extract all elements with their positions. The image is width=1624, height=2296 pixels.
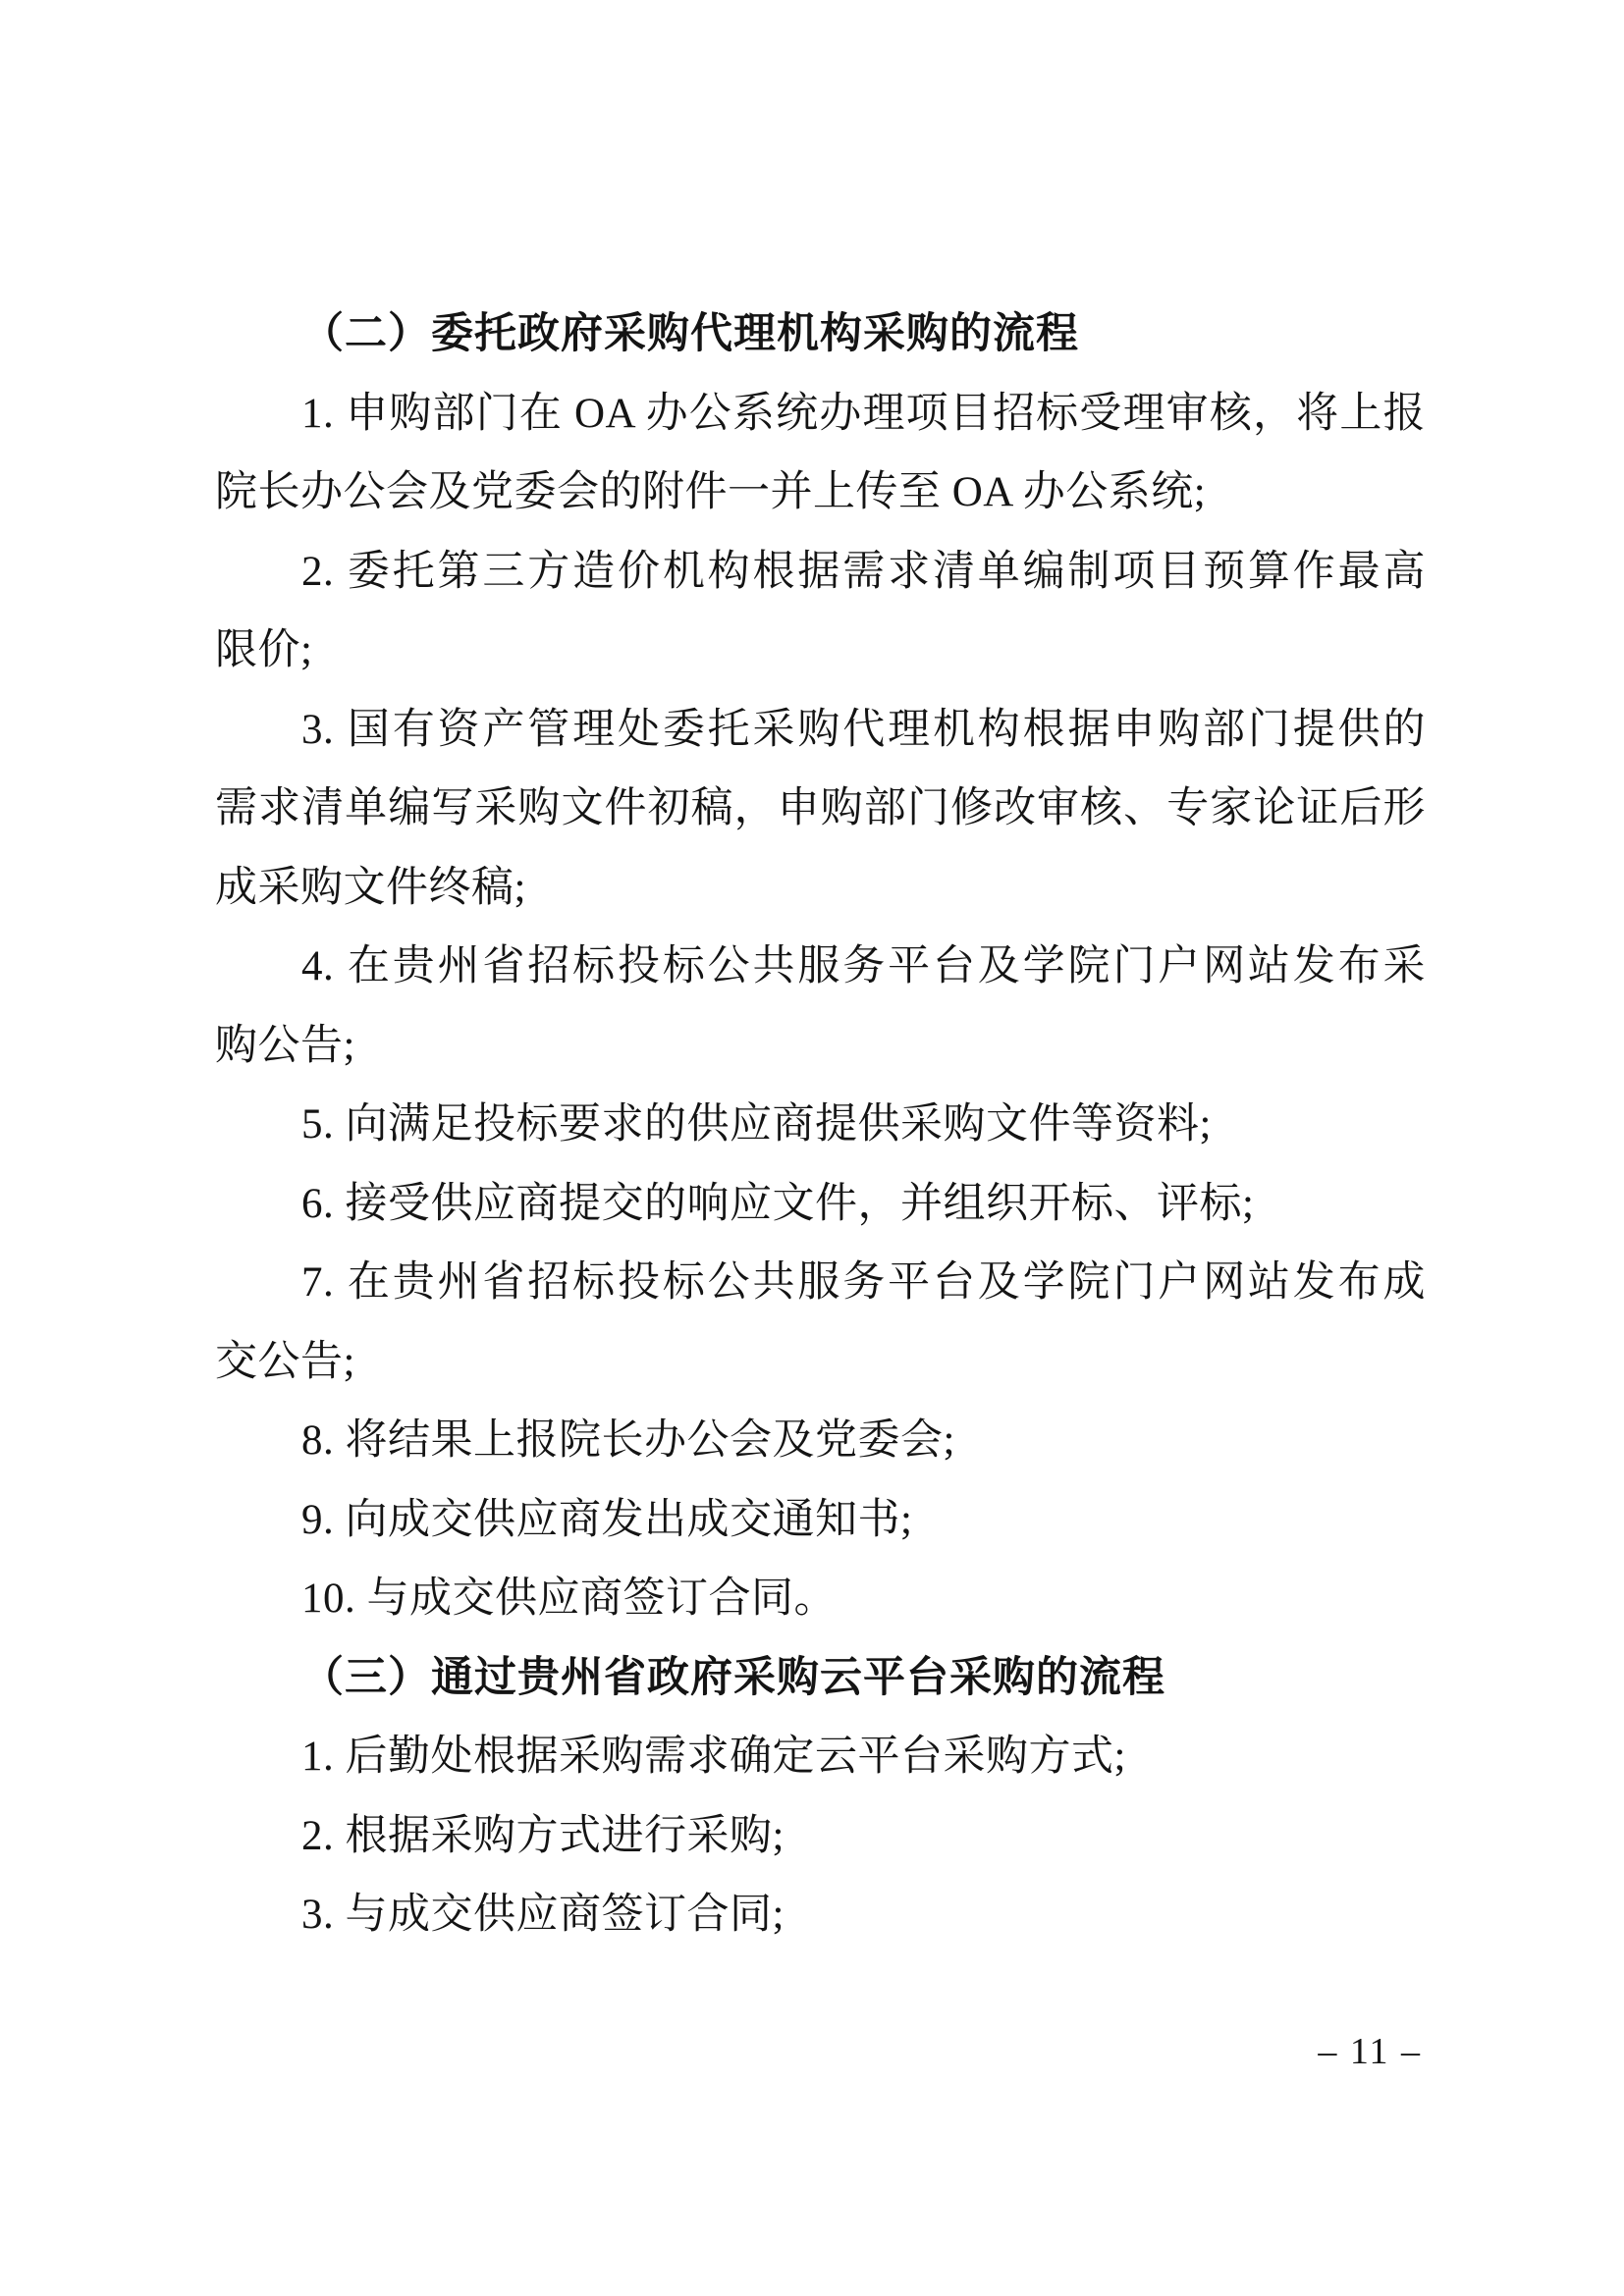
text-line: 9. 向成交供应商发出成交通知书; [215, 1481, 1426, 1561]
section-heading-2: （二）委托政府采购代理机构采购的流程 [215, 295, 1426, 375]
document-body: （二）委托政府采购代理机构采购的流程 1. 申购部门在 OA 办公系统办理项目招… [215, 295, 1426, 1955]
text-line: 购公告; [215, 1007, 1426, 1087]
text-line: 2. 根据采购方式进行采购; [215, 1797, 1426, 1877]
text-line: 1. 后勤处根据采购需求确定云平台采购方式; [215, 1718, 1426, 1797]
text-line: 8. 将结果上报院长办公会及党委会; [215, 1402, 1426, 1481]
text-line: 3. 国有资产管理处委托采购代理机构根据申购部门提供的 [215, 691, 1426, 771]
text-line: 6. 接受供应商提交的响应文件，并组织开标、评标; [215, 1165, 1426, 1245]
text-line: 交公告; [215, 1323, 1426, 1403]
page-number: – 11 – [1318, 2030, 1422, 2073]
section-heading-3: （三）通过贵州省政府采购云平台采购的流程 [215, 1639, 1426, 1719]
text-line: 10. 与成交供应商签订合同。 [215, 1560, 1426, 1639]
text-line: 1. 申购部门在 OA 办公系统办理项目招标受理审核，将上报 [215, 375, 1426, 454]
text-line: 成采购文件终稿; [215, 849, 1426, 929]
text-line: 限价; [215, 612, 1426, 691]
text-line: 2. 委托第三方造价机构根据需求清单编制项目预算作最高 [215, 533, 1426, 613]
document-page: （二）委托政府采购代理机构采购的流程 1. 申购部门在 OA 办公系统办理项目招… [0, 0, 1624, 2296]
text-line: 4. 在贵州省招标投标公共服务平台及学院门户网站发布采 [215, 928, 1426, 1007]
text-line: 需求清单编写采购文件初稿，申购部门修改审核、专家论证后形 [215, 770, 1426, 849]
text-line: 5. 向满足投标要求的供应商提供采购文件等资料; [215, 1086, 1426, 1165]
text-line: 3. 与成交供应商签订合同; [215, 1876, 1426, 1955]
text-line: 7. 在贵州省招标投标公共服务平台及学院门户网站发布成 [215, 1244, 1426, 1323]
text-line: 院长办公会及党委会的附件一并上传至 OA 办公系统; [215, 454, 1426, 533]
